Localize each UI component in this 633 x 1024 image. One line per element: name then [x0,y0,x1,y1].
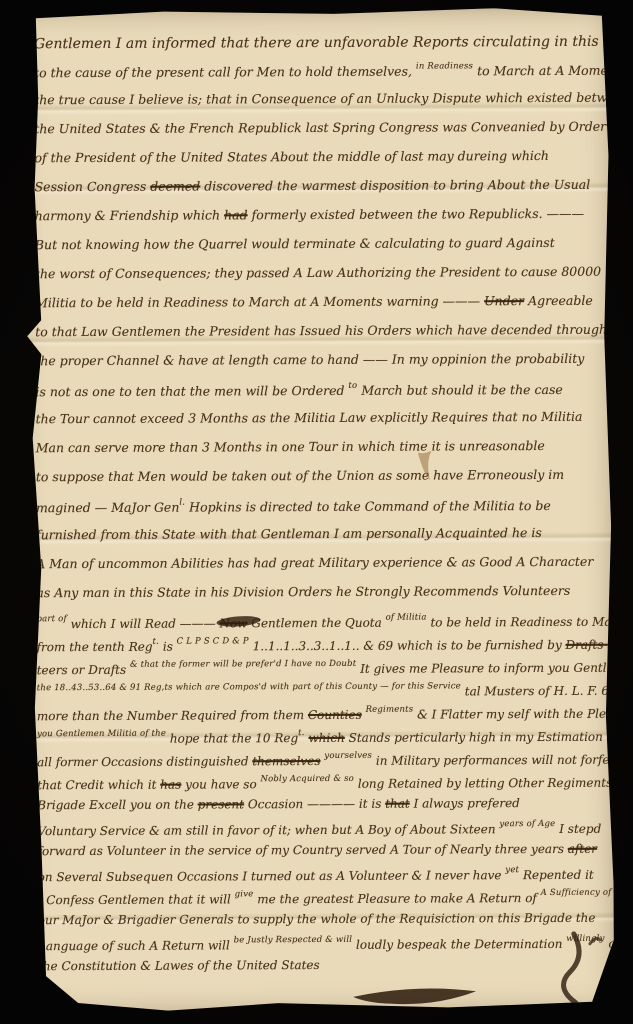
manuscript-line: Brigade Excell you on the present Occasi… [37,796,603,821]
manuscript-line: teers or Drafts & that the former will b… [37,658,603,683]
letter-paper: Gentlemen I am informed that there are u… [14,6,617,1017]
manuscript-text: A Man of uncommon Abilities has had grea… [36,554,593,571]
interlineation-text: give [235,889,254,899]
manuscript-text: formerly existed between the two Republi… [248,206,585,222]
interlineation-text: you Gentlemen Militia of the [37,729,166,740]
manuscript-text: discovered the warmest disposition to br… [200,177,590,194]
manuscript-line: to suppose that Men would be taken out o… [36,467,602,498]
struck-text: Drafts or [566,638,621,652]
manuscript-text: to suppose that Men would be taken out o… [36,467,564,484]
interlineation-text: & that the former will be prefer'd I hav… [130,659,356,670]
manuscript-line: the true cause I believe is; that in Con… [34,90,600,121]
interlineation-text: t. [298,728,305,738]
manuscript-text: It gives me Pleasure to inform you Gentl… [356,660,633,676]
struck-text: Under [484,293,524,308]
manuscript-line: I Confess Gentlemen that it will give me… [38,888,604,913]
interlineation-text: part of [36,614,66,624]
interlineation-text: years of Age [499,819,555,829]
manuscript-line: part of which I will Read ——— Now Gentle… [36,612,602,637]
manuscript-text: Stands perticularly high in my Estimatio… [345,729,633,745]
manuscript-text: as Any man in this State in his Division… [36,583,570,600]
manuscript-text: Hopkins is directed to take Command of t… [185,498,551,515]
manuscript-text: which I will Read ——— [67,616,220,631]
manuscript-text: Session Congress [35,179,151,195]
interlineation-text: yourselves [324,751,372,761]
manuscript-line: the proper Channel & have at length came… [35,351,601,382]
manuscript-text: magined — MaJor Gen [36,500,179,516]
manuscript-line: you Gentlemen Militia of the hope that t… [37,727,603,752]
struck-text: deemed [150,178,200,193]
manuscript-line: furnished from this State with that Gent… [36,525,602,556]
manuscript-text: But not knowing how the Quarrel would te… [35,235,555,252]
manuscript-text: is not as one to ten that the men will b… [35,383,348,399]
manuscript-line: the United States & the French Republick… [34,119,600,150]
manuscript-line: Gentlemen I am informed that there are u… [34,32,600,63]
manuscript-line: on Several Subsequen Occasions I turned … [38,865,604,890]
manuscript-text: more than the Number Required from them [37,708,308,723]
interlineation-text: in Readiness [416,61,473,71]
manuscript-text: the Tour cannot exceed 3 Months as the M… [36,409,583,426]
manuscript-text: long Retained by letting Other Regiments… [354,776,633,791]
manuscript-line: harmony & Friendship which had formerly … [35,206,601,237]
manuscript-text: in Military performances will not forfei… [372,753,618,768]
manuscript-line: the Tour cannot exceed 3 Months as the M… [36,409,602,440]
letter-body: Gentlemen I am informed that there are u… [34,32,604,982]
manuscript-text: I stepd [555,822,601,836]
manuscript-text: hope that the 10 Reg [166,731,298,746]
manuscript-line: as Any man in this State in his Division… [36,583,602,614]
manuscript-text: to the cause of the present call for Men… [34,64,416,81]
manuscript-text: Man can serve more than 3 Months in one … [36,438,545,455]
manuscript-text: forward as Volunteer in the service of m… [37,842,567,858]
manuscript-line: from the tenth Regt. is C L P S C D & P … [37,635,603,660]
manuscript-line: all former Occasions distinguished thems… [37,750,603,775]
interlineation-text: Nobly Acquired & so [260,774,354,784]
struck-text: themselves [252,754,320,768]
struck-text: had [224,207,248,222]
manuscript-line: our MaJor & Brigadier Generals to supply… [38,911,604,936]
manuscript-text: you have so [181,777,260,791]
manuscript-text: to March at A Moments warning [473,62,633,78]
manuscript-line: that Credit which it has you have so Nob… [37,773,603,798]
manuscript-line: Language of such A Return will be Justly… [38,934,604,959]
manuscript-text: & I Flatter my self with the Pleasing [413,707,633,722]
manuscript-text: Gentlemen I am informed that there are u… [34,34,631,53]
manuscript-line: magined — MaJor Genl. Hopkins is directe… [36,496,602,527]
interlineation-text: C L P S C D & P [177,636,249,646]
manuscript-text: of this Brigade to [605,936,633,950]
manuscript-text: teers or Drafts [37,663,130,677]
manuscript-line: to the cause of the present call for Men… [34,61,600,92]
manuscript-text: of the President of the United States Ab… [34,148,549,165]
interlineation-text: of Militia [386,613,427,623]
struck-text: Counties [308,708,362,722]
manuscript-line: the Constitution & Lawes of the United S… [38,957,604,982]
struck-text: after [568,842,597,856]
interlineation-text: A Sufficiency of [541,888,612,898]
manuscript-text: the proper Channel & have at length came… [35,351,584,368]
manuscript-text: furnished from this State with that Gent… [36,525,542,542]
manuscript-line: the worst of Consequences; they passed A… [35,264,601,295]
struck-text: Now [219,616,247,630]
manuscript-text: from the tenth Reg [37,640,153,655]
manuscript-text: Volun [620,638,633,652]
struck-text: that [385,797,410,811]
manuscript-line: more than the Number Required from them … [37,704,603,729]
interlineation-text: the 18..43..53..64 & 91 Reg,ts which are… [37,681,461,693]
manuscript-line: of the President of the United States Ab… [34,148,600,179]
manuscript-text: Occasion ———— it is [244,797,385,812]
struck-text: present [198,797,244,811]
manuscript-text: that Credit which it [37,778,160,793]
manuscript-text: the worst of Consequences; they passed A… [35,264,601,281]
manuscript-text: me the greatest Pleasure to make A Retur… [253,891,540,906]
manuscript-text: on Several Subsequen Occasions I turned … [38,868,506,884]
manuscript-text: March but should it be the case [357,382,562,398]
interlineation-text: yet [505,865,519,875]
interlineation-text: to [348,381,357,391]
ink-smear-bottom [353,988,476,1004]
manuscript-line: the 18..43..53..64 & 91 Reg,ts which are… [37,681,603,706]
manuscript-line: to that Law Gentlemen the President has … [35,322,601,353]
manuscript-text: I always prefered [410,796,520,810]
manuscript-text: all former Occasions distinguished [37,754,252,769]
interlineation-text: Regiments [366,705,414,715]
manuscript-text: harmony & Friendship which [35,207,224,223]
manuscript-text: Volunteers to [612,890,633,904]
manuscript-line: Voluntary Service & am still in favor of… [37,819,603,844]
struck-text: has [160,778,181,792]
manuscript-text: the United States & the French Republick… [34,119,606,136]
manuscript-line: Militia to be held in Readiness to March… [35,293,601,324]
manuscript-text: Repented it [519,868,594,882]
manuscript-text: is [159,640,177,654]
manuscript-line: Man can serve more than 3 Months in one … [36,438,602,469]
manuscript-line: is not as one to ten that the men will b… [35,380,601,411]
manuscript-text: our MaJor & Brigadier Generals to supply… [38,911,596,927]
manuscript-text: tal Musters of H. L. F. 6 & Reg [461,684,633,699]
manuscript-text: I Confess Gentlemen that it will [38,892,235,907]
manuscript-text: loudly bespeak the Determination [352,937,566,952]
manuscript-line: forward as Volunteer in the service of m… [37,842,603,867]
interlineation-text: be Justly Respected & will [234,935,353,946]
manuscript-text: the true cause I believe is; that in Con… [34,90,630,108]
manuscript-line: Session Congress deemed discovered the w… [35,177,601,208]
interlineation-text: willingly [566,934,604,944]
manuscript-text: to be held in Readiness to March [427,615,632,630]
manuscript-line: A Man of uncommon Abilities has had grea… [36,554,602,585]
manuscript-line: But not knowing how the Quarrel would te… [35,235,601,266]
manuscript-text: to that Law Gentlemen the President has … [35,322,607,339]
manuscript-text: Brigade Excell you on the [37,798,198,813]
manuscript-text: 1..1..1..3..3..1..1.. & 69 which is to b… [249,638,566,653]
manuscript-text: Militia to be held in Readiness to March… [35,293,484,310]
manuscript-text: Gentlemen the Quota [247,616,385,631]
photo-background: Gentlemen I am informed that there are u… [0,0,633,1024]
struck-text: which [308,731,344,745]
manuscript-text: Agreeable [524,293,593,308]
manuscript-text: Voluntary Service & am still in favor of… [37,822,499,838]
manuscript-text: Language of such A Return will [38,938,234,953]
manuscript-text: the Constitution & Lawes of the United S… [38,958,320,973]
